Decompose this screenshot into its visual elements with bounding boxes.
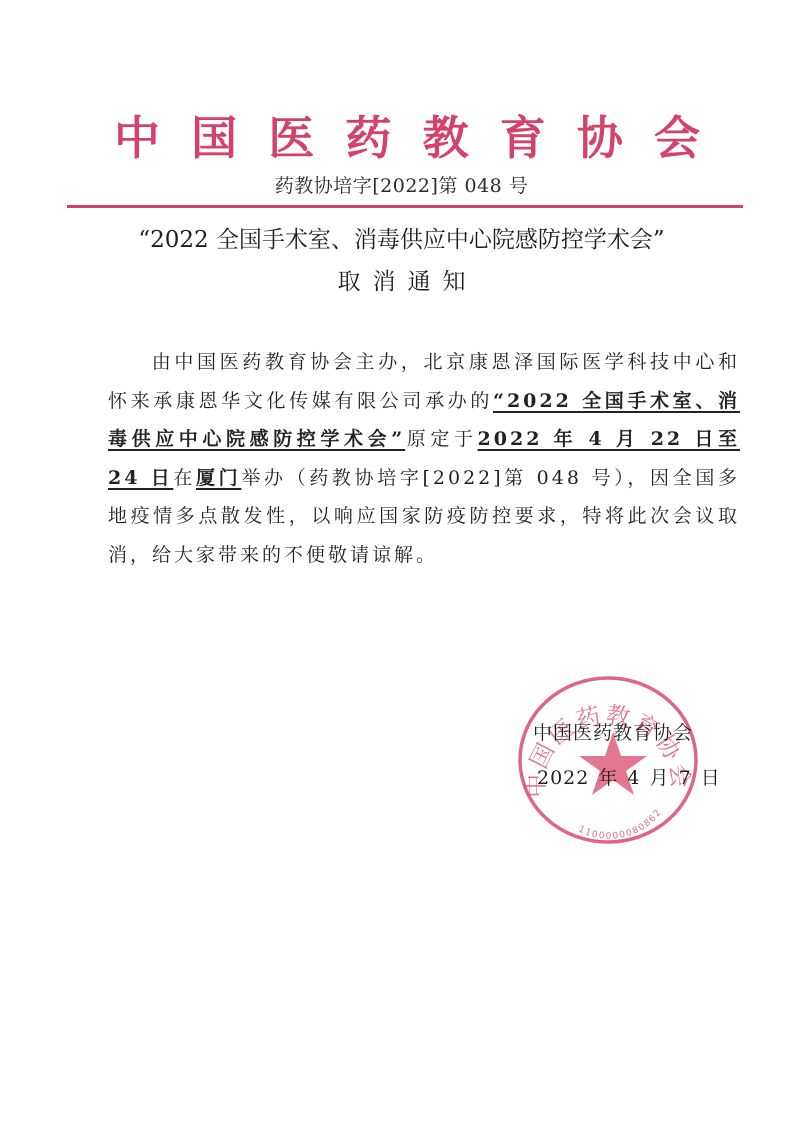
notice-subtitle: 取消通知 bbox=[0, 266, 803, 298]
body-segment: 原定于 bbox=[405, 428, 477, 450]
letterhead-char: 教 bbox=[421, 108, 471, 168]
letterhead-char: 医 bbox=[266, 108, 316, 168]
notice-body: 由中国医药教育协会主办，北京康恩泽国际医学科技中心和怀来承康恩华文化传媒有限公司… bbox=[108, 343, 740, 574]
letterhead-char: 协 bbox=[575, 108, 625, 168]
letterhead-char: 育 bbox=[498, 108, 548, 168]
notice-title: “2022 全国手术室、消毒供应中心院感防控学术会” bbox=[0, 224, 803, 256]
letterhead-char: 会 bbox=[652, 108, 702, 168]
body-paragraph: 由中国医药教育协会主办，北京康恩泽国际医学科技中心和怀来承康恩华文化传媒有限公司… bbox=[108, 343, 740, 574]
document-number: 药教协培字[2022]第 048 号 bbox=[0, 172, 803, 200]
letterhead-char: 中 bbox=[112, 108, 162, 168]
letterhead-divider bbox=[67, 205, 743, 208]
signature-date: 2022 年 4 月 7 日 bbox=[537, 763, 721, 793]
letterhead-char: 药 bbox=[343, 108, 393, 168]
svg-text:1100000080862: 1100000080862 bbox=[577, 807, 665, 842]
seal-serial-number: 1100000080862 bbox=[577, 807, 665, 842]
letterhead-org-name: 中 国 医 药 教 育 协 会 bbox=[112, 108, 702, 168]
body-segment: 在 bbox=[173, 467, 196, 489]
conference-location-underlined: 厦门 bbox=[196, 467, 241, 489]
document-page: 中 国 医 药 教 育 协 会 药教协培字[2022]第 048 号 “2022… bbox=[0, 0, 803, 1145]
official-seal: 中国医药教育协会 1100000080862 bbox=[517, 674, 699, 846]
signature-org: 中国医药教育协会 bbox=[533, 718, 693, 748]
letterhead-char: 国 bbox=[189, 108, 239, 168]
